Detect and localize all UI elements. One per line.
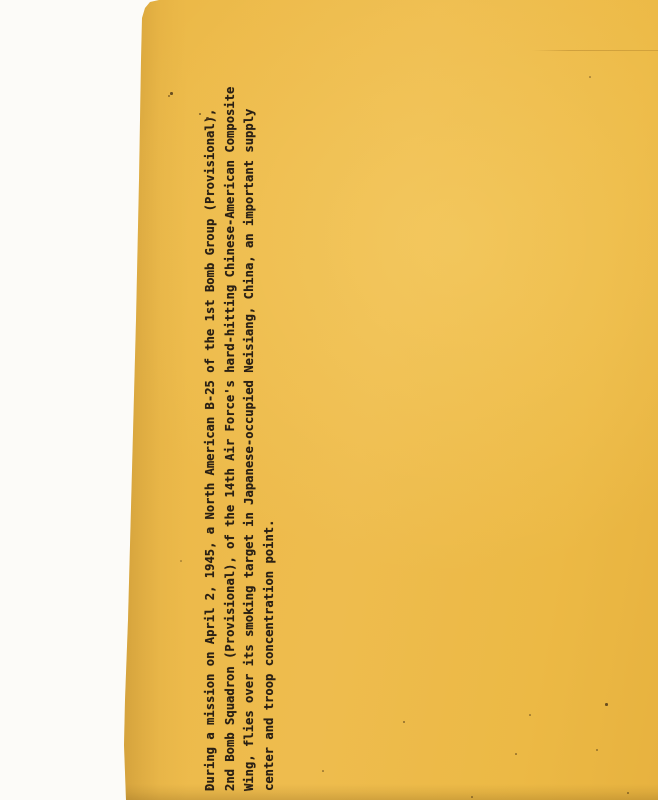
scan-background: During a mission on April 2, 1945, a Nor… [0,0,658,800]
dust-speck [529,714,531,716]
dust-speck [180,560,182,562]
dust-speck [170,92,173,95]
paper-scratch-mark [532,50,658,51]
dust-speck [605,703,608,706]
caption-line-2: 2nd Bomb Squadron (Provisional), of the … [221,83,241,791]
dust-speck [589,76,591,78]
caption-line-4: center and troop concentration point. [260,83,280,791]
dust-speck [471,796,473,798]
dust-speck [403,721,405,723]
caption-card-paper: During a mission on April 2, 1945, a Nor… [0,0,658,800]
caption-line-1: During a mission on April 2, 1945, a Nor… [201,83,221,791]
paper-bottom-shadow [0,784,658,800]
dust-speck [596,749,598,751]
dust-speck [627,792,629,794]
caption-line-3: Wing, flies over its smoking target in J… [240,83,260,791]
dust-speck [322,770,324,772]
typed-caption: During a mission on April 2, 1945, a Nor… [201,83,279,791]
paper-left-edge-shadow [118,0,188,800]
dust-speck [168,95,170,97]
dust-speck [515,753,517,755]
